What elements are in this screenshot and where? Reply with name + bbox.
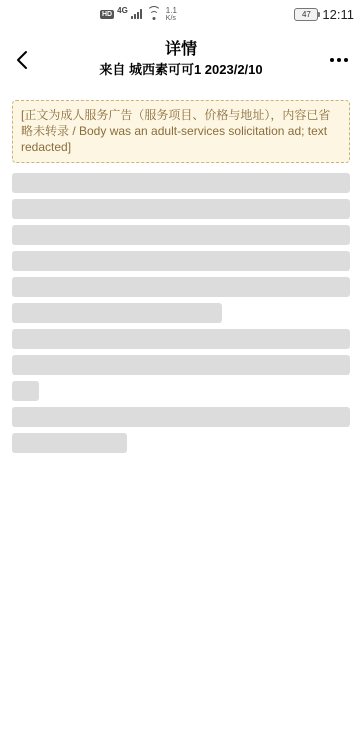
more-options-button[interactable] [330,52,348,68]
redacted-text-line [12,329,350,349]
hd-voice-icon: HD [100,10,114,19]
redacted-text-line [12,251,350,271]
redacted-text-line [12,407,350,427]
redacted-text-line [12,433,127,453]
battery-icon: 47 [294,8,318,21]
back-button[interactable] [10,46,34,74]
wifi-icon [147,9,161,20]
message-source-and-date: 来自 城西素可可1 2023/2/10 [99,62,262,78]
redacted-text-line [12,355,350,375]
redacted-text-line [12,303,222,323]
message-body-redacted [12,173,350,453]
status-icons-right: 47 12:11 [294,0,354,28]
redacted-text-line [12,381,39,401]
chevron-left-icon [16,50,28,70]
redacted-text-line [12,225,350,245]
redacted-paragraph [12,329,350,401]
redacted-text-line [12,277,350,297]
more-options-icon [330,58,334,62]
network-speed-value: 1.1 [166,7,177,15]
status-time: 12:11 [322,7,354,22]
detail-header: 详情 来自 城西素可可1 2023/2/10 [0,28,362,90]
header-title-block: 详情 来自 城西素可可1 2023/2/10 [99,40,262,78]
redacted-text-line [12,199,350,219]
page-title: 详情 [165,40,197,60]
redaction-notice: [正文为成人服务广告（服务项目、价格与地址），内容已省略未转录 / Body w… [12,100,350,163]
network-type-label: 4G [117,6,128,15]
status-bar: HD 4G 1.1 K/s 47 12:11 [0,0,362,28]
redacted-paragraph [12,407,350,453]
redacted-text-line [12,173,350,193]
redacted-paragraph [12,173,350,323]
network-speed-unit: K/s [166,15,176,22]
phone-screen: { "status_bar": { "hd_label": "HD", "net… [0,0,362,754]
network-speed-indicator: 1.1 K/s [166,7,177,22]
status-icons-left: HD 4G 1.1 K/s [100,0,177,28]
message-body: [正文为成人服务广告（服务项目、价格与地址），内容已省略未转录 / Body w… [0,90,362,453]
signal-bars-icon [131,9,142,19]
